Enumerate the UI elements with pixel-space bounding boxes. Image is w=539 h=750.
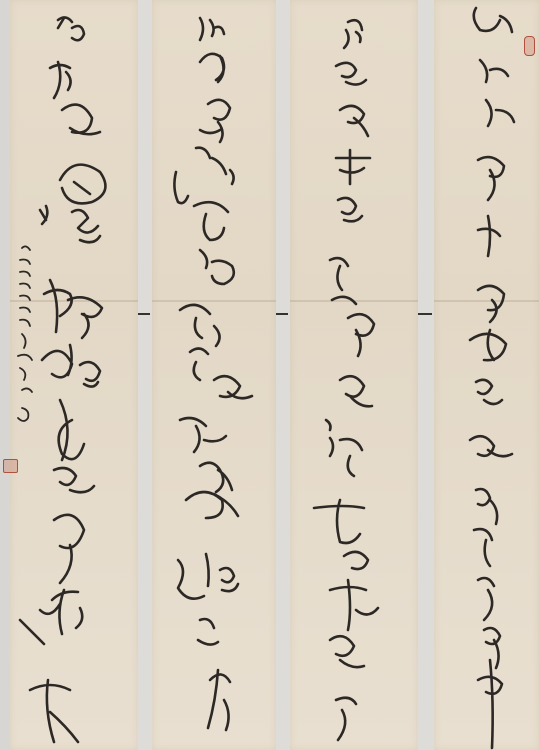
panel-3-text bbox=[314, 20, 378, 740]
panel-2-text bbox=[174, 18, 252, 730]
artist-seal bbox=[3, 459, 18, 473]
calligraphy-ink bbox=[0, 0, 539, 750]
panel-1-signature bbox=[18, 246, 32, 421]
panel-1-text bbox=[20, 17, 105, 742]
leading-seal bbox=[524, 36, 535, 56]
panel-4-text bbox=[470, 8, 514, 748]
